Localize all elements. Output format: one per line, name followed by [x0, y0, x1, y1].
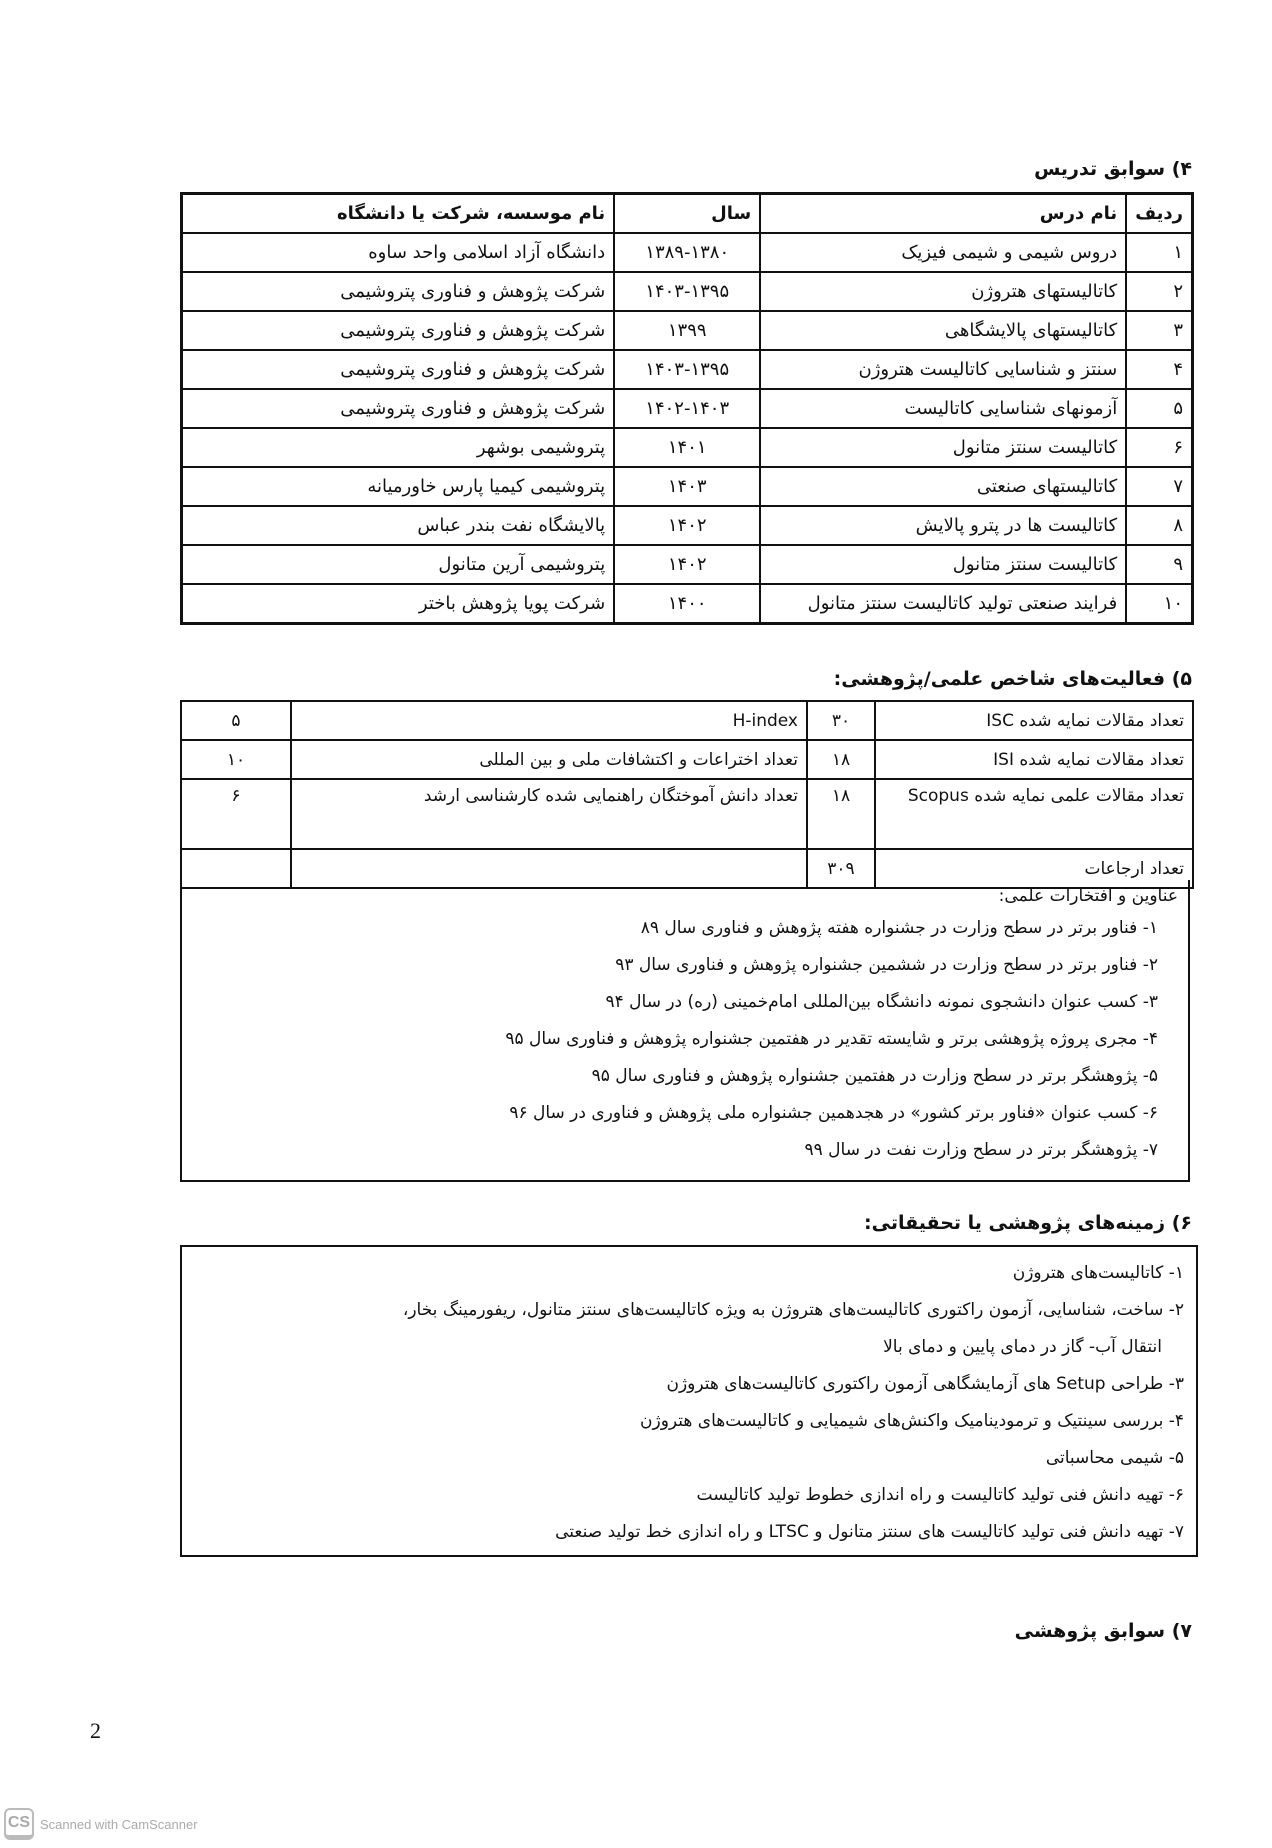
list-item-text: ۶- تهیه دانش فنی تولید کاتالیست و راه ان…	[697, 1485, 1184, 1505]
indicator-label: تعداد مقالات نمایه شده ISC	[875, 701, 1193, 740]
list-item: ۷- پژوهشگر برتر در سطح وزارت نفت در سال …	[192, 1132, 1158, 1169]
row-year: ۱۴۰۳-۱۳۹۵	[614, 350, 760, 389]
row-index: ۲	[1126, 272, 1192, 311]
row-institution: شرکت پژوهش و فناوری پتروشیمی	[182, 272, 615, 311]
indicator-label: تعداد مقالات نمایه شده ISI	[875, 740, 1193, 779]
row-year: ۱۴۰۱	[614, 428, 760, 467]
indicator-row: تعداد مقالات علمی نمایه شده Scopus ۱۸ تع…	[181, 779, 1193, 849]
row-index: ۹	[1126, 545, 1192, 584]
table-row: ۹ کاتالیست سنتز متانول ۱۴۰۲ پتروشیمی آری…	[182, 545, 1193, 584]
row-year: ۱۴۰۲-۱۴۰۳	[614, 389, 760, 428]
list-item-text: ۳- طراحی Setup های آزمایشگاهی آزمون راکت…	[666, 1374, 1184, 1394]
indicator-value-secondary: ۶	[181, 779, 291, 849]
row-institution: شرکت پژوهش و فناوری پتروشیمی	[182, 311, 615, 350]
row-institution: شرکت پژوهش و فناوری پتروشیمی	[182, 389, 615, 428]
table-row: ۳ کاتالیستهای پالایشگاهی ۱۳۹۹ شرکت پژوهش…	[182, 311, 1193, 350]
list-item: ۵- شیمی محاسباتی	[194, 1440, 1184, 1477]
indicator-value: ۱۸	[807, 779, 875, 849]
research-fields-list: ۱- کاتالیست‌های هتروژن ۲- ساخت، شناسایی،…	[194, 1255, 1184, 1551]
row-year: ۱۴۰۰	[614, 584, 760, 624]
list-item: ۴- مجری پروژه پژوهشی برتر و شایسته تقدیر…	[192, 1021, 1158, 1058]
row-index: ۷	[1126, 467, 1192, 506]
table-row: ۶ کاتالیست سنتز متانول ۱۴۰۱ پتروشیمی بوش…	[182, 428, 1193, 467]
indicator-value-secondary: ۵	[181, 701, 291, 740]
row-year: ۱۳۹۹	[614, 311, 760, 350]
row-year: ۱۴۰۳	[614, 467, 760, 506]
table-row: ۵ آزمونهای شناسایی کاتالیست ۱۴۰۲-۱۴۰۳ شر…	[182, 389, 1193, 428]
row-index: ۶	[1126, 428, 1192, 467]
table-row: ۱۰ فرایند صنعتی تولید کاتالیست سنتز متان…	[182, 584, 1193, 624]
honors-heading: عناوین و افتخارات علمی:	[192, 886, 1178, 906]
research-fields-section-title: ۶) زمینه‌های پژوهشی یا تحقیقاتی:	[864, 1212, 1192, 1234]
honors-box: عناوین و افتخارات علمی: ۱- فناور برتر در…	[180, 880, 1190, 1182]
indicator-value: ۱۸	[807, 740, 875, 779]
indicator-label: تعداد مقالات علمی نمایه شده Scopus	[875, 779, 1193, 849]
row-institution: پتروشیمی بوشهر	[182, 428, 615, 467]
research-history-section-title: ۷) سوابق پژوهشی	[1015, 1620, 1192, 1642]
header-course: نام درس	[760, 194, 1126, 234]
table-row: ۷ کاتالیستهای صنعتی ۱۴۰۳ پتروشیمی کیمیا …	[182, 467, 1193, 506]
list-item: ۵- پژوهشگر برتر در سطح وزارت در هفتمین ج…	[192, 1058, 1158, 1095]
row-course: کاتالیست ها در پترو پالایش	[760, 506, 1126, 545]
list-item: ۳- طراحی Setup های آزمایشگاهی آزمون راکت…	[194, 1366, 1184, 1403]
row-course: دروس شیمی و شیمی فیزیک	[760, 233, 1126, 272]
list-item: ۱- کاتالیست‌های هتروژن	[194, 1255, 1184, 1292]
row-course: کاتالیستهای هتروژن	[760, 272, 1126, 311]
indicator-value-secondary: ۱۰	[181, 740, 291, 779]
row-course: آزمونهای شناسایی کاتالیست	[760, 389, 1126, 428]
list-item: ۴- بررسی سینتیک و ترمودینامیک واکنش‌های …	[194, 1403, 1184, 1440]
row-index: ۸	[1126, 506, 1192, 545]
row-course: فرایند صنعتی تولید کاتالیست سنتز متانول	[760, 584, 1126, 624]
row-course: کاتالیست سنتز متانول	[760, 428, 1126, 467]
indicator-row: تعداد مقالات نمایه شده ISI ۱۸ تعداد اختر…	[181, 740, 1193, 779]
row-year: ۱۴۰۲	[614, 506, 760, 545]
header-institution: نام موسسه، شرکت یا دانشگاه	[182, 194, 615, 234]
row-course: کاتالیستهای صنعتی	[760, 467, 1126, 506]
list-item: ۲- ساخت، شناسایی، آزمون راکتوری کاتالیست…	[194, 1292, 1184, 1366]
list-item: ۷- تهیه دانش فنی تولید کاتالیست های سنتز…	[194, 1514, 1184, 1551]
row-index: ۱۰	[1126, 584, 1192, 624]
list-item: ۳- کسب عنوان دانشجوی نمونه دانشگاه بین‌ا…	[192, 984, 1158, 1021]
camscanner-logo-icon: CS	[4, 1808, 34, 1840]
indicator-label-secondary: تعداد دانش آموختگان راهنمایی شده کارشناس…	[291, 779, 807, 849]
row-year: ۱۳۸۹-۱۳۸۰	[614, 233, 760, 272]
list-item: ۶- کسب عنوان «فناور برتر کشور» در هجدهمی…	[192, 1095, 1158, 1132]
list-item-text: ۵- شیمی محاسباتی	[1046, 1448, 1184, 1468]
row-index: ۴	[1126, 350, 1192, 389]
list-item-text: ۲- ساخت، شناسایی، آزمون راکتوری کاتالیست…	[403, 1300, 1184, 1320]
table-header-row: ردیف نام درس سال نام موسسه، شرکت یا دانش…	[182, 194, 1193, 234]
row-index: ۳	[1126, 311, 1192, 350]
list-item: ۱- فناور برتر در سطح وزارت در جشنواره هف…	[192, 910, 1158, 947]
indicator-label-secondary: تعداد اختراعات و اکتشافات ملی و بین المل…	[291, 740, 807, 779]
row-year: ۱۴۰۲	[614, 545, 760, 584]
camscanner-text: Scanned with CamScanner	[40, 1817, 198, 1832]
teaching-table: ردیف نام درس سال نام موسسه، شرکت یا دانش…	[180, 192, 1194, 625]
list-item-text: ۴- بررسی سینتیک و ترمودینامیک واکنش‌های …	[640, 1411, 1184, 1431]
row-institution: پتروشیمی کیمیا پارس خاورمیانه	[182, 467, 615, 506]
table-row: ۲ کاتالیستهای هتروژن ۱۴۰۳-۱۳۹۵ شرکت پژوه…	[182, 272, 1193, 311]
row-institution: دانشگاه آزاد اسلامی واحد ساوه	[182, 233, 615, 272]
teaching-section-title: ۴) سوابق تدریس	[1034, 158, 1192, 180]
row-institution: پالایشگاه نفت بندر عباس	[182, 506, 615, 545]
row-institution: پتروشیمی آرین متانول	[182, 545, 615, 584]
table-row: ۸ کاتالیست ها در پترو پالایش ۱۴۰۲ پالایش…	[182, 506, 1193, 545]
indicator-value: ۳۰	[807, 701, 875, 740]
list-item: ۶- تهیه دانش فنی تولید کاتالیست و راه ان…	[194, 1477, 1184, 1514]
camscanner-watermark: CS Scanned with CamScanner	[4, 1808, 198, 1840]
list-item-continuation: انتقال آب- گاز در دمای پایین و دمای بالا	[194, 1329, 1184, 1366]
indicators-section-title: ۵) فعالیت‌های شاخص علمی/پژوهشی:	[834, 668, 1192, 690]
row-course: سنتز و شناسایی کاتالیست هتروژن	[760, 350, 1126, 389]
list-item-text: ۱- کاتالیست‌های هتروژن	[1013, 1263, 1184, 1283]
header-year: سال	[614, 194, 760, 234]
indicator-label-secondary: H-index	[291, 701, 807, 740]
row-index: ۵	[1126, 389, 1192, 428]
row-year: ۱۴۰۳-۱۳۹۵	[614, 272, 760, 311]
row-course: کاتالیستهای پالایشگاهی	[760, 311, 1126, 350]
indicator-row: تعداد مقالات نمایه شده ISC ۳۰ H-index ۵	[181, 701, 1193, 740]
row-course: کاتالیست سنتز متانول	[760, 545, 1126, 584]
row-index: ۱	[1126, 233, 1192, 272]
row-institution: شرکت پژوهش و فناوری پتروشیمی	[182, 350, 615, 389]
header-index: ردیف	[1126, 194, 1192, 234]
list-item: ۲- فناور برتر در سطح وزارت در ششمین جشنو…	[192, 947, 1158, 984]
indicators-table: تعداد مقالات نمایه شده ISC ۳۰ H-index ۵ …	[180, 700, 1194, 889]
honors-list: ۱- فناور برتر در سطح وزارت در جشنواره هف…	[192, 910, 1178, 1169]
page-number: 2	[90, 1718, 101, 1744]
row-institution: شرکت پویا پژوهش باختر	[182, 584, 615, 624]
table-row: ۴ سنتز و شناسایی کاتالیست هتروژن ۱۴۰۳-۱۳…	[182, 350, 1193, 389]
research-fields-box: ۱- کاتالیست‌های هتروژن ۲- ساخت، شناسایی،…	[180, 1245, 1198, 1557]
list-item-text: ۷- تهیه دانش فنی تولید کاتالیست های سنتز…	[555, 1522, 1184, 1542]
table-row: ۱ دروس شیمی و شیمی فیزیک ۱۳۸۹-۱۳۸۰ دانشگ…	[182, 233, 1193, 272]
